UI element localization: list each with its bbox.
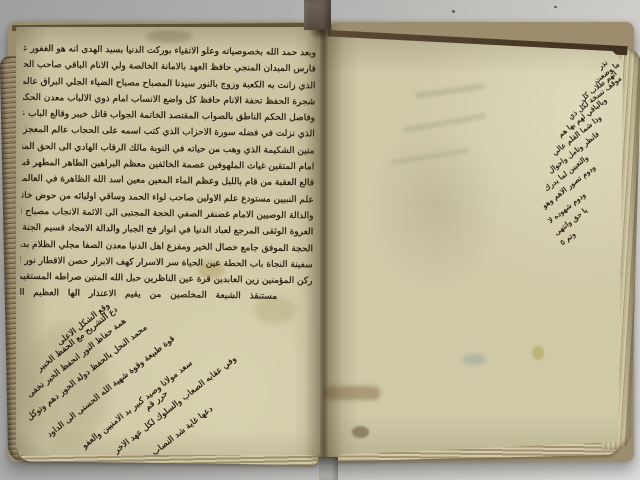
- yellow-spot-stain: [532, 346, 544, 360]
- ink-showthrough: [402, 113, 487, 134]
- right-page: نذر ما وضعت انهم طلاب كل موقف نسخة لكل ذ…: [320, 36, 623, 457]
- book-stand-clamp-top: [304, 0, 331, 30]
- book-stand-clamp-bottom: [319, 457, 338, 480]
- blue-smudge: [462, 354, 486, 365]
- manuscript-photo-scene: وبعد حمد الله بخصوصياته وعلو الاتقياء بو…: [0, 0, 640, 480]
- water-stain: [348, 94, 523, 319]
- manuscript-text-line: مستنقذ الشيعة المخلصين من يقيم الاعتذار …: [20, 285, 277, 305]
- dark-spot-stain: [352, 426, 369, 438]
- ink-showthrough: [390, 148, 470, 165]
- left-page-main-text-block: وبعد حمد الله بخصوصياته وعلو الاتقياء بو…: [20, 41, 316, 306]
- dust-speck: [554, 6, 557, 8]
- dust-speck: [452, 10, 455, 13]
- ink-showthrough: [415, 83, 485, 99]
- left-page: وبعد حمد الله بخصوصياته وعلو الاتقياء بو…: [16, 27, 320, 455]
- brown-streak-stain: [324, 386, 380, 400]
- stain: [146, 30, 192, 43]
